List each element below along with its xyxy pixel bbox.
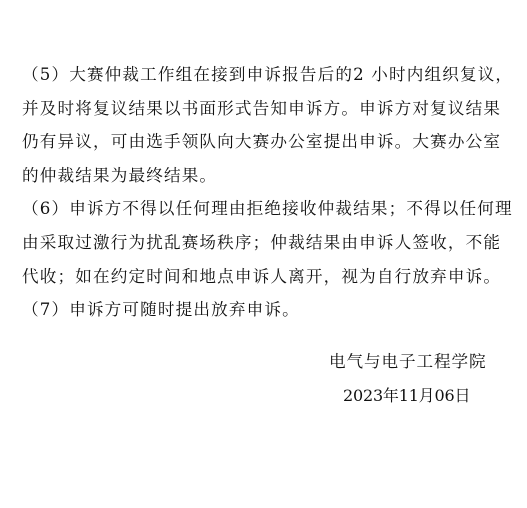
- paragraph-5-line-3: 仍有异议，可由选手领队向大赛办公室提出申诉。大赛办公室: [22, 125, 492, 159]
- paragraph-7-line-1: （7）申诉方可随时提出放弃申诉。: [22, 293, 492, 327]
- paragraph-6-line-1: （6）申诉方不得以任何理由拒绝接收仲裁结果；不得以任何理: [22, 192, 492, 226]
- signature-date: 2023年11月06日: [343, 382, 470, 410]
- paragraph-6-line-3: 代收；如在约定时间和地点申诉人离开，视为自行放弃申诉。: [22, 260, 492, 294]
- paragraph-5-line-2: 并及时将复议结果以书面形式告知申诉方。申诉方对复议结果: [22, 92, 492, 126]
- paragraph-6-line-2: 由采取过激行为扰乱赛场秩序；仲裁结果由申诉人签收，不能: [22, 226, 492, 260]
- signature-organization: 电气与电子工程学院: [329, 348, 486, 376]
- paragraph-5-line-1: （5）大赛仲裁工作组在接到申诉报告后的2 小时内组织复议，: [22, 58, 492, 92]
- document-body: （5）大赛仲裁工作组在接到申诉报告后的2 小时内组织复议， 并及时将复议结果以书…: [22, 58, 492, 327]
- paragraph-5-line-4: 的仲裁结果为最终结果。: [22, 159, 492, 193]
